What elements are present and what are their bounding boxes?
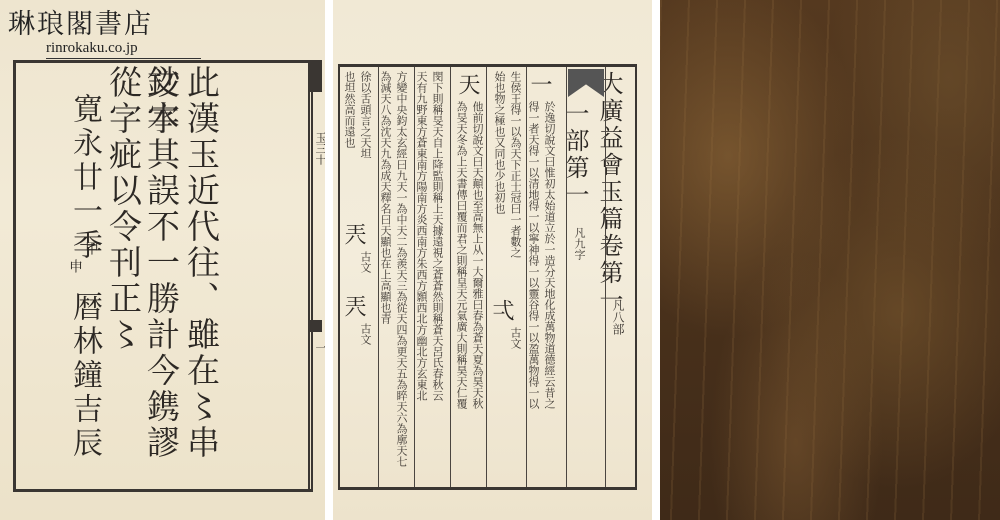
section-note: 凡九字 — [572, 227, 587, 260]
book-title: 大廣益會玉篇卷第一 — [592, 71, 627, 314]
date-small-1: 甲 — [81, 241, 101, 255]
column-rule — [414, 67, 415, 487]
headword-one: 一 — [524, 73, 555, 95]
column-rule — [566, 67, 567, 487]
text-column-9: 方變中央鈞太玄經曰九天一為中天二為羨天三為從天四為更天五為睟天六為廓天七 — [394, 71, 409, 467]
colophon-page: 琳琅閣書店 rinrokaku.co.jp 此漢玉近代往、雖在〻串鈔本 文字其誤… — [0, 0, 325, 520]
page-border: 大廣益會玉篇卷第一 凡八部 一部第一 凡九字 一 於逸切說文曰惟初太始道立於一造… — [338, 64, 637, 490]
page-border: 此漢玉近代往、雖在〻串鈔本 文字其誤不一勝計今鎸謬 從字疵以令刊正〻 寛永廿一季… — [13, 60, 313, 492]
spine-number: 一 — [312, 342, 325, 353]
text-column-2: 得一者天得一以清地得一以寧神得一以靈谷得一以盈萬物得一以 — [526, 101, 541, 409]
spine-label: 玉三十 — [312, 132, 325, 165]
text-column-8: 天有九野東方蒼東南方陽南方炎西南方朱西方顥西北方幽北方玄東北 — [414, 71, 429, 401]
spine-block-top — [310, 60, 322, 92]
date-small-2: 申 — [65, 259, 85, 273]
text-column-6: 為旻天冬為上天書傳曰覆而君之則稱皇天元氣廣大則稱昊天仁覆 — [454, 101, 469, 409]
column-rule — [605, 67, 606, 487]
text-column-7: 閔下則稱旻天自上降監則稱上天據遠視之蒼蒼然則稱蒼天呂氏春秋云 — [430, 71, 445, 401]
text-column-3: 生侯王得一以為天下正士冠曰一者數之 — [508, 71, 523, 258]
headword-ancient-heaven-2: 兲 — [338, 295, 369, 317]
headword-ancient-heaven-1-note: 古文 — [358, 251, 373, 273]
text-column-10: 為減天八為沈天九為成天釋名曰天顯也在上高顯也青 — [378, 71, 393, 324]
headword-ancient-heaven-2-note: 古文 — [358, 323, 373, 345]
column-rule — [526, 67, 527, 487]
watermark-url: rinrokaku.co.jp — [46, 40, 138, 57]
text-column-11: 徐以舌頭言之天坦 — [358, 71, 373, 159]
column-rule — [378, 67, 379, 487]
headword-heaven: 天 — [452, 73, 483, 95]
headword-ancient-one-note: 古文 — [508, 327, 523, 349]
text-column-1: 於逸切說文曰惟初太始道立於一造分天地化成萬物道德經云昔之 — [542, 101, 557, 409]
url-underline — [46, 58, 201, 59]
first-text-page: 大廣益會玉篇卷第一 凡八部 一部第一 凡九字 一 於逸切說文曰惟初太始道立於一造… — [333, 0, 652, 520]
headword-ancient-heaven-1: 兲 — [338, 223, 369, 245]
cover-page — [660, 0, 1000, 520]
column-rule — [450, 67, 451, 487]
section-title: 一部第一 — [558, 101, 593, 209]
text-column-5: 他前切說文曰天顛也至高無上从一大爾雅曰春為蒼天夏為昊天秋 — [470, 101, 485, 409]
title-note: 凡八部 — [610, 299, 625, 335]
date-tail: 暦林鐘吉辰 — [62, 291, 106, 461]
text-column-12: 也坦然高而遠也 — [342, 71, 357, 148]
column-rule — [486, 67, 487, 487]
fishtail-ornament — [568, 69, 604, 97]
text-column-4: 始也物之極也又同也少也初也 — [492, 71, 507, 214]
date-line: 寛永廿一季 — [62, 93, 106, 263]
preface-line-3: 從字疵以令刊正〻 — [103, 65, 143, 353]
spine-block-mid — [310, 320, 322, 332]
headword-ancient-one: 弌 — [486, 299, 517, 321]
preface-line-2: 文字其誤不一勝計今鎸謬 — [141, 65, 181, 461]
watermark-title: 琳琅閣書店 — [8, 2, 153, 41]
spine-edge: 玉三十 一 — [308, 60, 325, 492]
